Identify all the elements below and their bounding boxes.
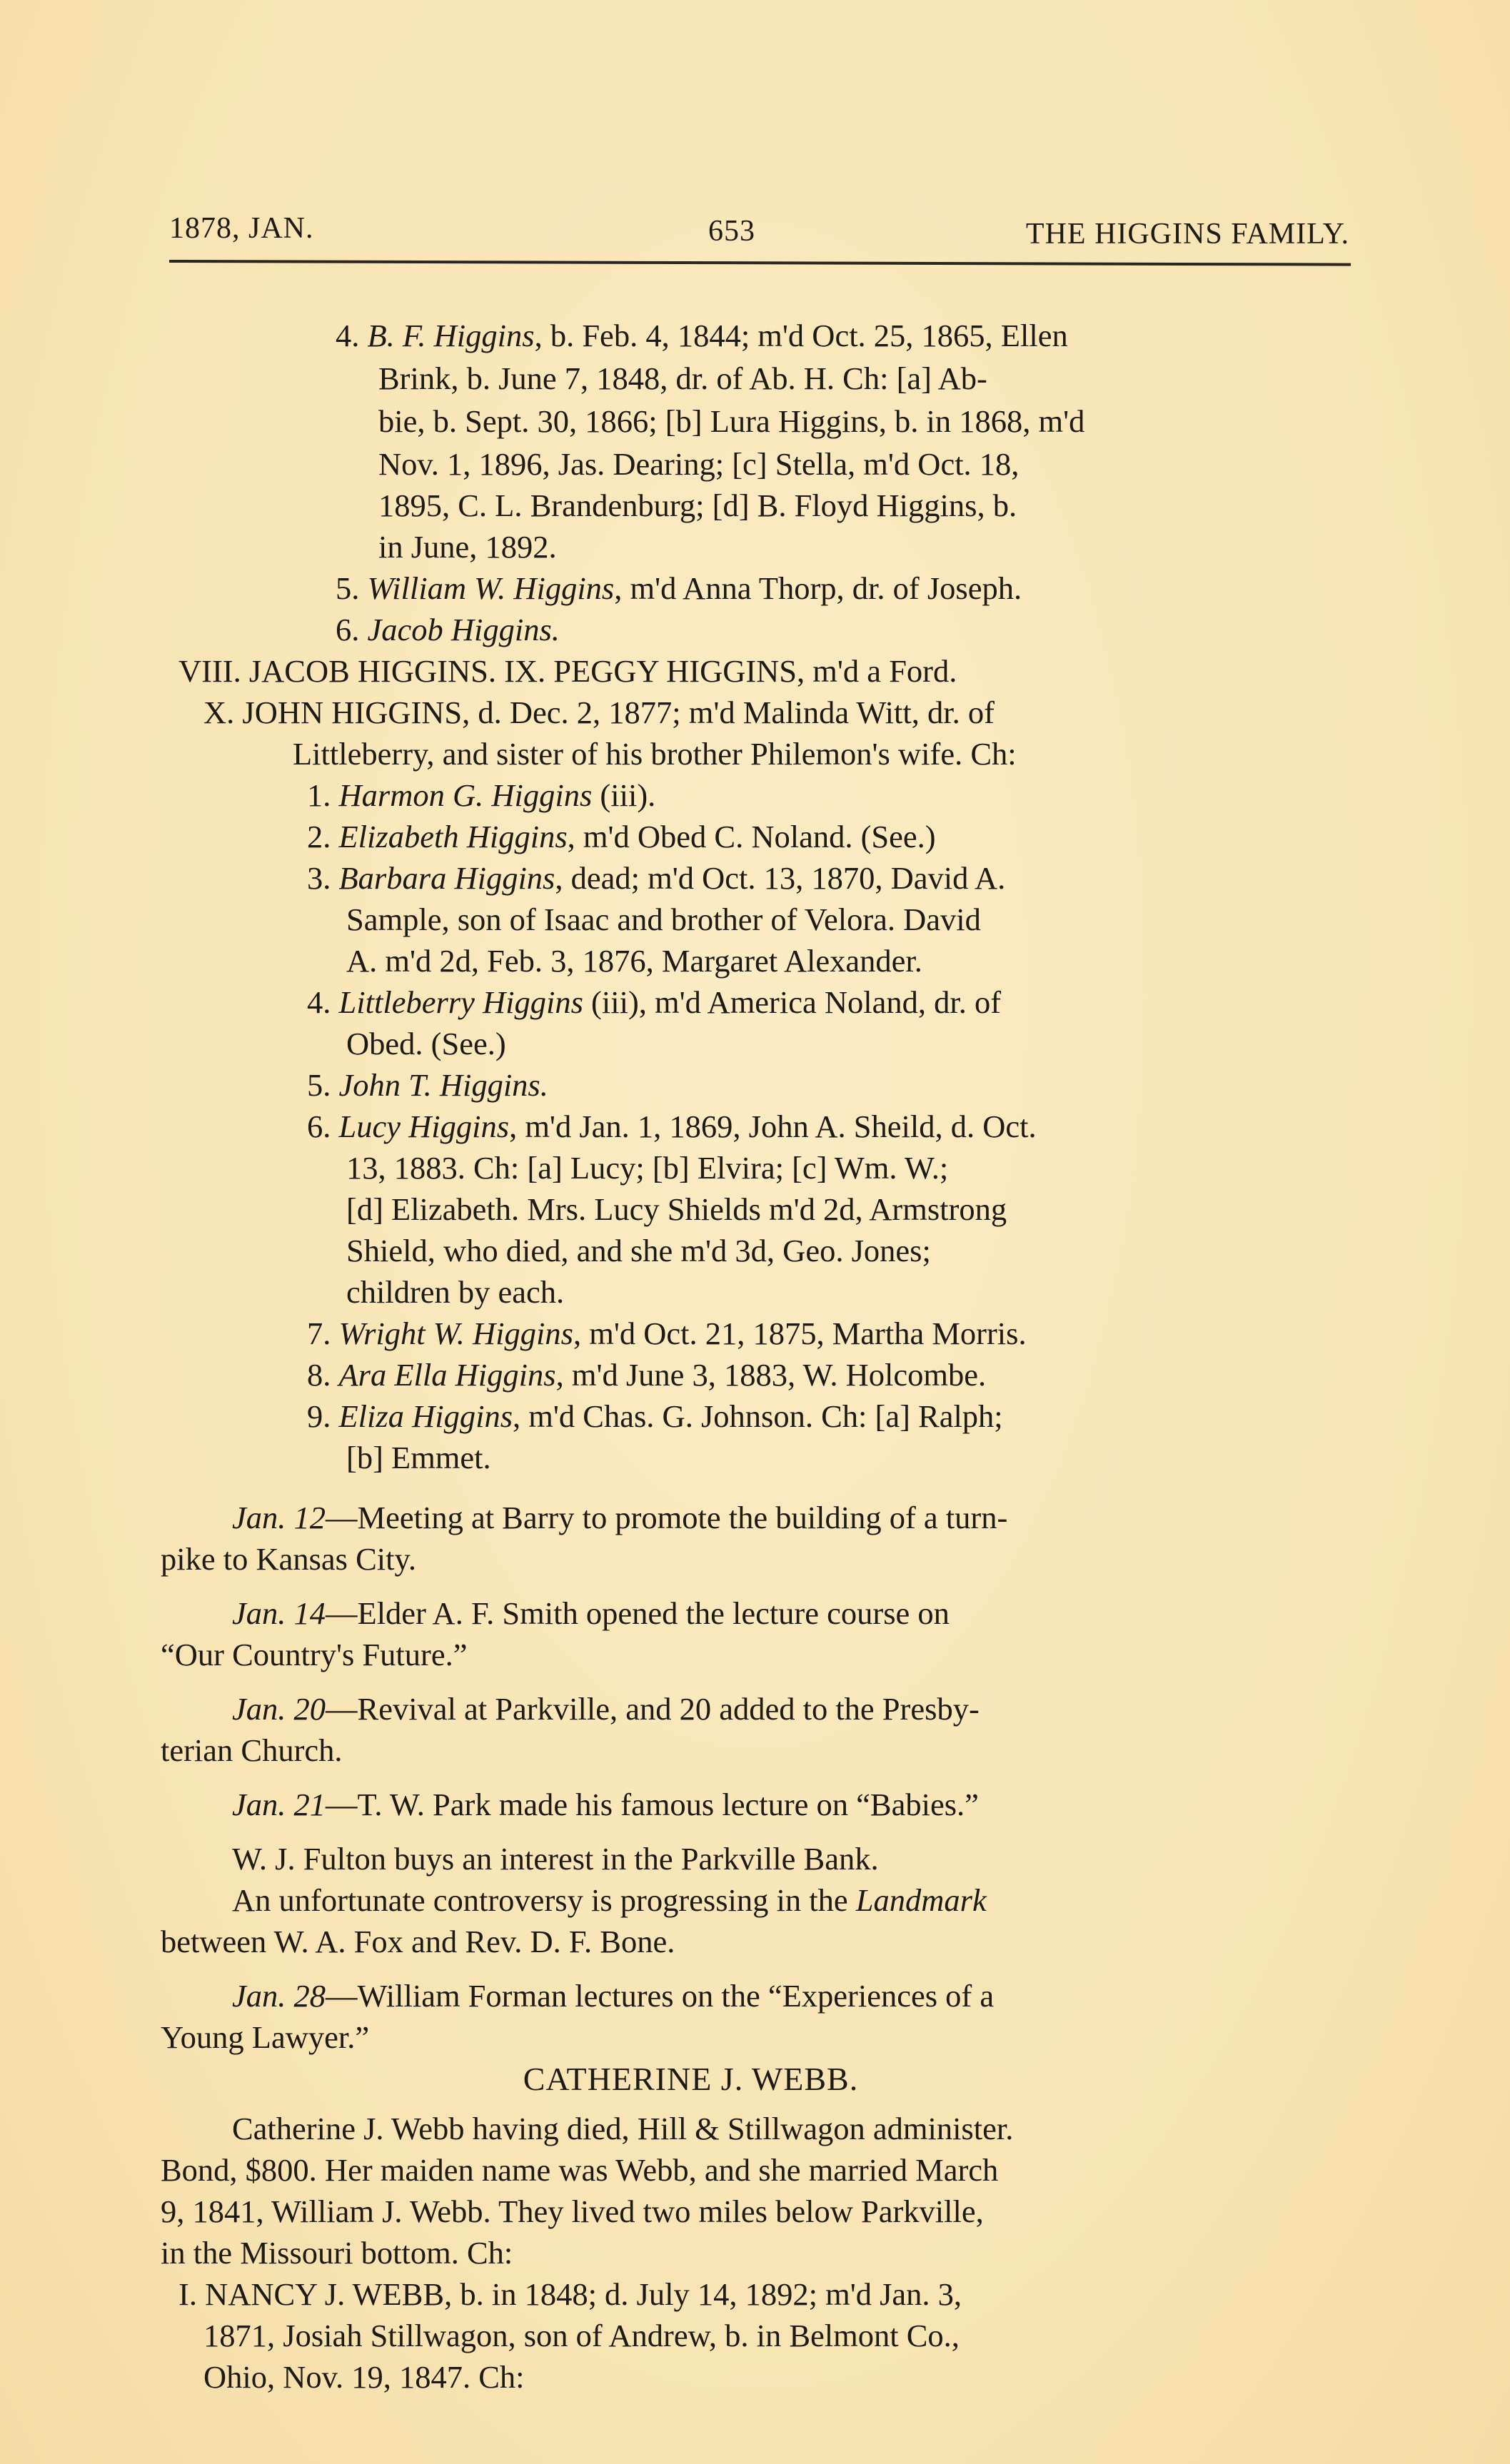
person-name: Barbara Higgins (339, 860, 555, 896)
child-7: 7. Wright W. Higgins, m'd Oct. 21, 1875,… (307, 1313, 1027, 1353)
event-text: —Elder A. F. Smith opened the lecture co… (326, 1595, 950, 1631)
item-text: , m'd Jan. 1, 1869, John A. Sheild, d. O… (509, 1109, 1037, 1144)
header-date: 1878, JAN. (169, 211, 314, 246)
event-jan-20: Jan. 20—Revival at Parkville, and 20 add… (232, 1689, 980, 1729)
item-text: , m'd Chas. G. Johnson. Ch: [a] Ralph; (513, 1398, 1003, 1434)
item-text: , m'd June 3, 1883, W. Holcombe. (556, 1357, 987, 1393)
webb-line-1: Catherine J. Webb having died, Hill & St… (232, 2109, 1013, 2149)
entry-viii-ix: VIII. JACOB HIGGINS. IX. PEGGY HIGGINS, … (178, 651, 957, 691)
child-6-cont-1: 13, 1883. Ch: [a] Lucy; [b] Elvira; [c] … (346, 1148, 948, 1188)
nancy-line-1: I. NANCY J. WEBB, b. in 1848; d. July 14… (178, 2274, 962, 2314)
item-4-line-4: Nov. 1, 1896, Jas. Dearing; [c] Stella, … (378, 444, 1019, 484)
person-name: Harmon G. Higgins (339, 777, 593, 813)
person-name: Eliza Higgins (339, 1398, 513, 1434)
newspaper-name: Landmark (856, 1882, 987, 1918)
section-title: CATHERINE J. WEBB. (0, 2060, 1446, 2098)
event-jan-12-cont: pike to Kansas City. (161, 1539, 416, 1579)
item-text: (iii). (592, 777, 655, 813)
item-number: 2. (307, 819, 331, 854)
note-controversy-cont: between W. A. Fox and Rev. D. F. Bone. (161, 1922, 675, 1961)
child-3-cont-1: Sample, son of Isaac and brother of Velo… (346, 899, 981, 939)
child-3-cont-2: A. m'd 2d, Feb. 3, 1876, Margaret Alexan… (346, 941, 922, 981)
nancy-line-3: Ohio, Nov. 19, 1847. Ch: (203, 2357, 525, 2397)
child-4-cont-1: Obed. (See.) (346, 1024, 506, 1064)
person-name: B. F. Higgins (368, 318, 535, 353)
item-text: , b. Feb. 4, 1844; m'd Oct. 25, 1865, El… (535, 318, 1068, 353)
event-jan-28: Jan. 28—William Forman lectures on the “… (232, 1976, 994, 2016)
event-jan-14: Jan. 14—Elder A. F. Smith opened the lec… (232, 1593, 950, 1633)
running-header: 1878, JAN. 653 THE HIGGINS FAMILY. (169, 211, 1349, 247)
nancy-line-2: 1871, Josiah Stillwagon, son of Andrew, … (203, 2316, 960, 2356)
item-number: 1. (307, 777, 331, 813)
item-number: 6. (307, 1109, 331, 1144)
person-name: Littleberry Higgins (339, 984, 583, 1020)
child-6-cont-2: [d] Elizabeth. Mrs. Lucy Shields m'd 2d,… (346, 1189, 1007, 1229)
book-page: 1878, JAN. 653 THE HIGGINS FAMILY. 4. B.… (0, 0, 1510, 2464)
item-5: 5. William W. Higgins, m'd Anna Thorp, d… (336, 568, 1022, 608)
item-number: 8. (307, 1357, 331, 1393)
child-9: 9. Eliza Higgins, m'd Chas. G. Johnson. … (307, 1396, 1003, 1436)
event-text: —William Forman lectures on the “Experie… (326, 1978, 994, 2014)
event-date: Jan. 21 (232, 1787, 326, 1822)
event-jan-14-cont: “Our Country's Future.” (161, 1635, 467, 1675)
item-number: 5. (307, 1067, 331, 1103)
person-name: Jacob Higgins. (368, 612, 560, 647)
item-number: 6. (336, 612, 359, 647)
item-number: 4. (307, 984, 331, 1020)
note-controversy: An unfortunate controversy is progressin… (232, 1880, 987, 1920)
item-4-line-3: bie, b. Sept. 30, 1866; [b] Lura Higgins… (378, 401, 1084, 441)
person-name: Ara Ella Higgins (339, 1357, 556, 1393)
event-text: —T. W. Park made his famous lecture on “… (326, 1787, 979, 1822)
note-fulton: W. J. Fulton buys an interest in the Par… (232, 1839, 879, 1879)
item-text: , dead; m'd Oct. 13, 1870, David A. (555, 860, 1005, 896)
child-9-cont-1: [b] Emmet. (346, 1438, 491, 1478)
page-number: 653 (708, 214, 755, 248)
person-name: William W. Higgins (368, 570, 615, 606)
child-2: 2. Elizabeth Higgins, m'd Obed C. Noland… (307, 817, 936, 857)
item-4-line-2: Brink, b. June 7, 1848, dr. of Ab. H. Ch… (378, 358, 987, 398)
person-name: John T. Higgins. (339, 1067, 548, 1103)
event-date: Jan. 20 (232, 1691, 326, 1727)
event-date: Jan. 12 (232, 1500, 326, 1535)
child-6: 6. Lucy Higgins, m'd Jan. 1, 1869, John … (307, 1106, 1037, 1146)
item-number: 3. (307, 860, 331, 896)
webb-line-3: 9, 1841, William J. Webb. They lived two… (161, 2191, 984, 2231)
event-date: Jan. 28 (232, 1978, 326, 2014)
item-4-line-1: 4. B. F. Higgins, b. Feb. 4, 1844; m'd O… (336, 315, 1342, 355)
item-text: , m'd Anna Thorp, dr. of Joseph. (614, 570, 1022, 606)
child-6-cont-4: children by each. (346, 1272, 564, 1312)
child-3: 3. Barbara Higgins, dead; m'd Oct. 13, 1… (307, 858, 1005, 898)
webb-line-4: in the Missouri bottom. Ch: (161, 2233, 513, 2273)
running-title: THE HIGGINS FAMILY. (1026, 217, 1349, 251)
event-text: —Revival at Parkville, and 20 added to t… (326, 1691, 980, 1727)
child-1: 1. Harmon G. Higgins (iii). (307, 775, 655, 815)
entry-x-line-1: X. JOHN HIGGINS, d. Dec. 2, 1877; m'd Ma… (203, 692, 995, 732)
child-4: 4. Littleberry Higgins (iii), m'd Americ… (307, 982, 1001, 1022)
child-5: 5. John T. Higgins. (307, 1065, 548, 1105)
event-jan-20-cont: terian Church. (161, 1730, 343, 1770)
event-date: Jan. 14 (232, 1595, 326, 1631)
item-6: 6. Jacob Higgins. (336, 610, 560, 650)
item-4-line-6: in June, 1892. (378, 527, 557, 567)
item-text: (iii), m'd America Noland, dr. of (583, 984, 1001, 1020)
person-name: Lucy Higgins (339, 1109, 510, 1144)
item-number: 5. (336, 570, 359, 606)
event-text: —Meeting at Barry to promote the buildin… (326, 1500, 1007, 1535)
person-name: Wright W. Higgins (339, 1316, 573, 1351)
item-4-line-5: 1895, C. L. Brandenburg; [d] B. Floyd Hi… (378, 485, 1017, 525)
note-text: An unfortunate controversy is progressin… (232, 1882, 856, 1918)
item-number: 4. (336, 318, 359, 353)
header-rule (169, 260, 1351, 266)
event-jan-21: Jan. 21—T. W. Park made his famous lectu… (232, 1784, 979, 1824)
item-text: , m'd Obed C. Noland. (See.) (568, 819, 936, 854)
event-jan-12: Jan. 12—Meeting at Barry to promote the … (232, 1498, 1007, 1538)
entry-x-line-2: Littleberry, and sister of his brother P… (293, 734, 1017, 774)
item-number: 9. (307, 1398, 331, 1434)
person-name: Elizabeth Higgins (339, 819, 568, 854)
item-text: , m'd Oct. 21, 1875, Martha Morris. (573, 1316, 1027, 1351)
child-6-cont-3: Shield, who died, and she m'd 3d, Geo. J… (346, 1231, 931, 1271)
webb-line-2: Bond, $800. Her maiden name was Webb, an… (161, 2150, 998, 2190)
child-8: 8. Ara Ella Higgins, m'd June 3, 1883, W… (307, 1355, 986, 1395)
event-jan-28-cont: Young Lawyer.” (161, 2017, 369, 2057)
item-number: 7. (307, 1316, 331, 1351)
